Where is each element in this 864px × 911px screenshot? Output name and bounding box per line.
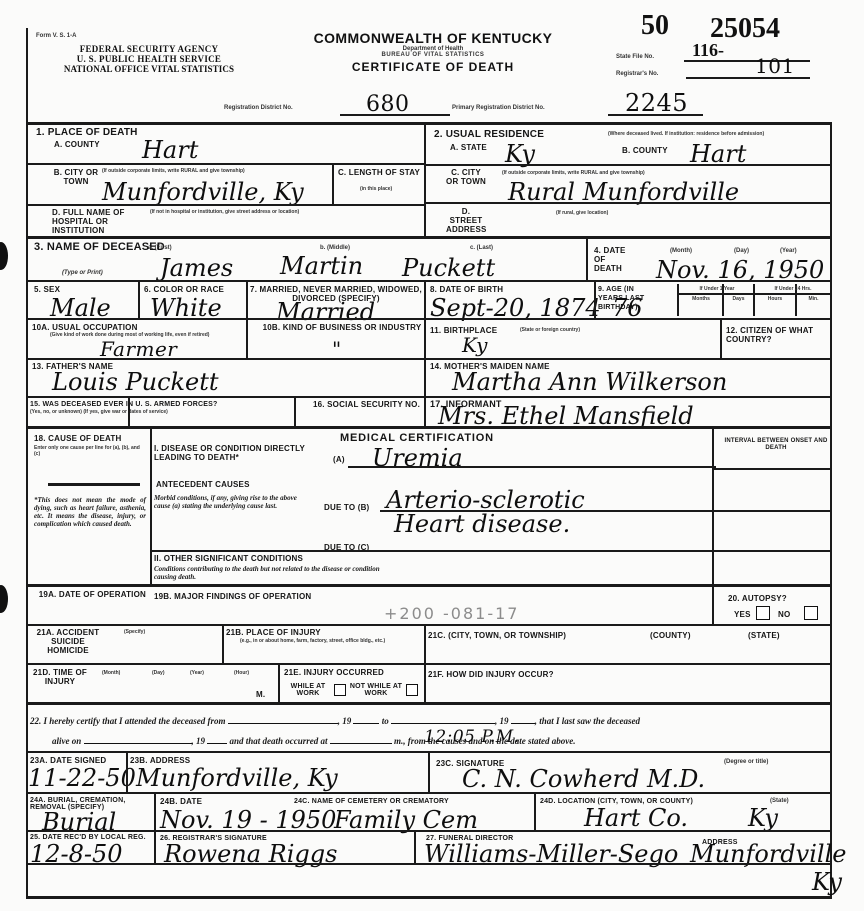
race-value: White xyxy=(150,296,222,320)
location-state-value: Ky xyxy=(748,806,778,830)
pod-stay-note: (in this place) xyxy=(360,186,392,192)
divider xyxy=(26,863,416,865)
divider xyxy=(26,280,832,282)
while-at-work-label: WHILE AT WORK xyxy=(282,683,334,697)
injury-county-label: (COUNTY) xyxy=(650,631,691,640)
armed-forces-label: 15. WAS DECEASED EVER IN U. S. ARMED FOR… xyxy=(30,400,300,409)
pod-county-label: a. COUNTY xyxy=(54,140,100,149)
cert-line-1b: , 19 xyxy=(338,716,352,726)
cause-instruction: Enter only one cause per line for (a), (… xyxy=(34,445,146,457)
sex-value: Male xyxy=(50,296,111,320)
interval-label: INTERVAL BETWEEN ONSET AND DEATH xyxy=(722,438,830,452)
deceased-title-note: (Type or Print) xyxy=(62,270,103,276)
divider xyxy=(150,426,152,584)
divider xyxy=(586,236,588,281)
first-name-value: James xyxy=(160,256,233,280)
ur-city-note: (If outside corporate limits, write RURA… xyxy=(502,170,645,176)
injury-type-specify: (Specify) xyxy=(124,629,145,635)
operation-findings-label: 19b. MAJOR FINDINGS OF OPERATION xyxy=(154,592,311,601)
cert-line-1: 22. I hereby certify that I attended the… xyxy=(30,716,640,726)
last-name-value: Puckett xyxy=(402,256,495,280)
middle-name-value: Martin xyxy=(280,254,363,278)
divider xyxy=(712,468,832,470)
injury-state-label: (STATE) xyxy=(748,631,780,640)
divider xyxy=(534,792,536,830)
birthplace-note: (State or foreign country) xyxy=(520,327,580,333)
divider xyxy=(26,702,832,705)
agency-block: FEDERAL SECURITY AGENCY U. S. PUBLIC HEA… xyxy=(34,44,264,74)
month-label: (Month) xyxy=(670,248,692,254)
day-label: (Day) xyxy=(734,248,749,254)
divider xyxy=(26,318,832,320)
divider xyxy=(424,122,426,238)
autopsy-no-label: NO xyxy=(778,610,790,619)
title-block: COMMONWEALTH OF KENTUCKY Department of H… xyxy=(283,30,583,74)
cert-line-1e: , that I last saw the deceased xyxy=(535,716,640,726)
divider xyxy=(720,318,722,358)
divider xyxy=(424,164,832,166)
burial-date-label: 24b. DATE xyxy=(160,797,202,806)
cause-title: 18. CAUSE OF DEATH xyxy=(34,434,121,443)
first-name-label: a. (First) xyxy=(148,245,172,251)
divider xyxy=(26,236,832,239)
ur-city-value: Rural Munfordville xyxy=(508,180,739,204)
cemetery-value: Family Cem xyxy=(334,808,478,832)
ur-county-value: Hart xyxy=(690,142,746,166)
deceased-title: 3. NAME OF DECEASED xyxy=(34,242,165,253)
while-at-work-checkbox[interactable] xyxy=(334,684,346,696)
autopsy-no-checkbox[interactable] xyxy=(804,606,818,620)
date-of-death-value: Nov. 16, 1950 xyxy=(656,258,824,282)
degree-label: (Degree or title) xyxy=(724,759,768,765)
not-while-at-work-label: NOT WHILE AT WORK xyxy=(346,683,406,697)
part-2-note: Conditions contributing to the death but… xyxy=(154,565,394,581)
antecedent-note: Morbid conditions, if any, giving rise t… xyxy=(154,494,310,510)
medical-certification-title: MEDICAL CERTIFICATION xyxy=(340,434,494,443)
dob-value: Sept-20, 1874 xyxy=(430,296,601,320)
certificate-title: CERTIFICATE OF DEATH xyxy=(283,60,583,74)
divider xyxy=(424,202,832,204)
antecedent-label: ANTECEDENT CAUSES xyxy=(156,480,250,489)
injury-how-label: 21f. HOW DID INJURY OCCUR? xyxy=(428,670,554,679)
cause-b-value-2: Heart disease. xyxy=(394,512,570,536)
date-of-death-label: 4. DATE OF DEATH xyxy=(594,246,634,273)
last-name-label: c. (Last) xyxy=(470,245,493,251)
business-value: " xyxy=(332,338,342,360)
cert-line-1c: to xyxy=(382,716,389,726)
registrar-no-value: 101 xyxy=(755,55,795,77)
under-1-year-label: If Under 1 Year xyxy=(680,286,754,292)
state-title: COMMONWEALTH OF KENTUCKY xyxy=(283,30,583,46)
divider xyxy=(294,396,296,426)
pod-county-value: Hart xyxy=(142,138,198,162)
ur-county-label: b. COUNTY xyxy=(622,146,668,155)
binder-hole xyxy=(0,585,8,613)
divider xyxy=(677,293,832,295)
divider xyxy=(594,280,596,318)
agency-line: FEDERAL SECURITY AGENCY xyxy=(34,44,264,54)
occupation-value: Farmer xyxy=(100,338,177,360)
divider xyxy=(150,550,832,552)
ur-city-label: c. CITY OR TOWN xyxy=(446,168,486,186)
usual-residence-title: 2. USUAL RESIDENCE xyxy=(434,130,544,140)
cert-line-2a: alive on xyxy=(52,736,81,746)
pod-hospital-label: d. FULL NAME OF HOSPITAL OR INSTITUTION xyxy=(52,208,162,235)
ur-state-label: a. STATE xyxy=(450,143,487,152)
days-label: Days xyxy=(724,296,753,302)
months-label: Months xyxy=(680,296,722,302)
location-value: Hart Co. xyxy=(584,806,688,830)
address-value: Munfordville, Ky xyxy=(136,766,338,790)
divider xyxy=(26,624,832,626)
cause-footnote: *This does not mean the mode of dying, s… xyxy=(34,496,146,528)
form-id: Form V. S. 1-A xyxy=(36,33,76,39)
signature-value: C. N. Cowherd M.D. xyxy=(462,767,705,791)
divider xyxy=(424,358,426,426)
usual-residence-note: (Where deceased lived. If institution: r… xyxy=(608,131,830,137)
divider xyxy=(332,163,334,205)
not-while-at-work-checkbox[interactable] xyxy=(406,684,418,696)
autopsy-label: 20. AUTOPSY? xyxy=(728,594,787,603)
informant-value: Mrs. Ethel Mansfield xyxy=(438,404,694,428)
occupation-label: 10a. USUAL OCCUPATION xyxy=(32,323,138,332)
divider xyxy=(26,830,832,832)
cause-b-value-1: Arterio-sclerotic xyxy=(386,488,585,512)
agency-line: NATIONAL OFFICE VITAL STATISTICS xyxy=(34,64,264,74)
burial-date-value: Nov. 19 - 1950 xyxy=(160,808,336,832)
part-2-label: II. OTHER SIGNIFICANT CONDITIONS xyxy=(154,554,303,563)
birthplace-value: Ky xyxy=(462,334,488,356)
ur-state-value: Ky xyxy=(505,142,535,166)
ur-street-note: (If rural, give location) xyxy=(556,210,608,216)
primary-reg-district-value: 2245 xyxy=(625,92,688,114)
date-signed-value: 11-22-50 xyxy=(28,766,136,790)
injury-place-label: 21b. PLACE OF INJURY xyxy=(226,628,321,637)
divider xyxy=(414,830,416,864)
cemetery-label: 24c. NAME OF CEMETERY OR CREMATORY xyxy=(294,797,449,806)
year-label: (Year) xyxy=(780,248,797,254)
divider xyxy=(428,751,430,793)
age-value: 76 xyxy=(612,296,643,320)
divider xyxy=(126,751,128,793)
death-certificate: Form V. S. 1-A FEDERAL SECURITY AGENCY U… xyxy=(0,0,864,911)
top-border xyxy=(26,122,832,125)
autopsy-yes-label: YES xyxy=(734,610,751,619)
citizen-label: 12. CITIZEN OF WHAT COUNTRY? xyxy=(726,326,828,344)
injury-time-year: (Year) xyxy=(190,670,204,676)
father-value: Louis Puckett xyxy=(52,370,219,394)
pod-hospital-note: (If not in hospital or institution, give… xyxy=(150,209,420,215)
ur-street-label: d. STREET ADDRESS xyxy=(446,207,486,234)
death-time-value: 12:05 P.M. xyxy=(424,726,520,748)
injury-time-hour: (Hour) xyxy=(234,670,249,676)
divider xyxy=(26,663,832,665)
pod-city-value: Munfordville, Ky xyxy=(102,180,304,204)
middle-name-label: b. (Middle) xyxy=(320,245,350,251)
injury-time-label: 21d. TIME OF INJURY xyxy=(30,668,90,686)
cert-line-1d: , 19 xyxy=(495,716,509,726)
business-label: 10b. KIND OF BUSINESS OR INDUSTRY xyxy=(262,323,422,332)
divider xyxy=(414,863,832,865)
injury-time-day: (Day) xyxy=(152,670,165,676)
cert-line-2b: , 19 xyxy=(192,736,206,746)
injury-type-label: 21a. ACCIDENT SUICIDE HOMICIDE xyxy=(30,628,106,655)
sex-label: 5. SEX xyxy=(34,285,60,294)
divider xyxy=(26,396,832,398)
divider xyxy=(278,663,280,703)
divider xyxy=(48,483,140,486)
bureau-name: BUREAU OF VITAL STATISTICS xyxy=(283,52,583,58)
injury-time-m: m. xyxy=(256,690,265,699)
under-24-hrs-label: If Under 24 Hrs. xyxy=(756,286,830,292)
reg-district-value: 680 xyxy=(366,94,410,116)
operation-date-label: 19a. DATE OF OPERATION xyxy=(34,590,146,599)
director-address-state: Ky xyxy=(812,870,842,894)
divider xyxy=(712,426,714,586)
divider xyxy=(26,204,426,206)
divider xyxy=(26,358,832,360)
injury-time-month: (Month) xyxy=(102,670,120,676)
divider xyxy=(154,792,156,864)
state-file-label: State File No. xyxy=(616,54,654,60)
cause-a-value: Uremia xyxy=(372,446,463,470)
injury-place-note: (e.g., in or about home, farm, factory, … xyxy=(240,638,424,644)
agency-line: U. S. PUBLIC HEALTH SERVICE xyxy=(34,54,264,64)
injury-city-label: 21c. (CITY, TOWN, OR TOWNSHIP) xyxy=(428,631,566,640)
cert-line-1a: 22. I hereby certify that I attended the… xyxy=(30,716,225,726)
pod-city-label: b. CITY OR TOWN xyxy=(52,168,100,186)
pod-stay-label: c. LENGTH OF STAY xyxy=(336,168,422,177)
cause-b-label: DUE TO (b) xyxy=(324,503,369,512)
race-label: 6. COLOR OR RACE xyxy=(144,285,224,294)
armed-forces-note: (Yes, no, or unknown) (If yes, give war … xyxy=(30,409,300,415)
min-label: Min. xyxy=(797,296,830,302)
autopsy-yes-checkbox[interactable] xyxy=(756,606,770,620)
divider xyxy=(222,624,224,664)
mother-value: Martha Ann Wilkerson xyxy=(452,370,727,394)
pod-city-note: (If outside corporate limits, write RURA… xyxy=(102,168,327,174)
stamp-year: 50 xyxy=(641,10,669,42)
state-file-value: 116- xyxy=(692,40,724,61)
divider xyxy=(712,584,714,626)
code-stamp: +200 -081-17 xyxy=(384,604,519,623)
divider xyxy=(128,396,130,426)
divider xyxy=(677,284,679,316)
ssn-label: 16. SOCIAL SECURITY NO. xyxy=(298,400,420,409)
injury-occurred-label: 21e. INJURY OCCURRED xyxy=(284,668,384,677)
cause-a-label: (a) xyxy=(333,455,345,464)
primary-reg-district-label: Primary Registration District No. xyxy=(452,105,545,111)
bottom-border xyxy=(26,896,832,899)
part-1-label: I. DISEASE OR CONDITION DIRECTLY LEADING… xyxy=(154,444,334,462)
divider xyxy=(26,792,832,794)
place-of-death-title: 1. PLACE OF DEATH xyxy=(36,128,138,138)
divider xyxy=(138,280,140,318)
divider xyxy=(26,163,426,165)
cert-line-2c: and that death occurred at xyxy=(230,736,328,746)
hours-label: Hours xyxy=(755,296,795,302)
reg-district-label: Registration District No. xyxy=(224,105,293,111)
registrar-no-label: Registrar's No. xyxy=(616,71,658,77)
dob-label: 8. DATE OF BIRTH xyxy=(430,285,503,294)
marital-value: Married xyxy=(276,300,375,324)
binder-hole xyxy=(0,242,8,270)
